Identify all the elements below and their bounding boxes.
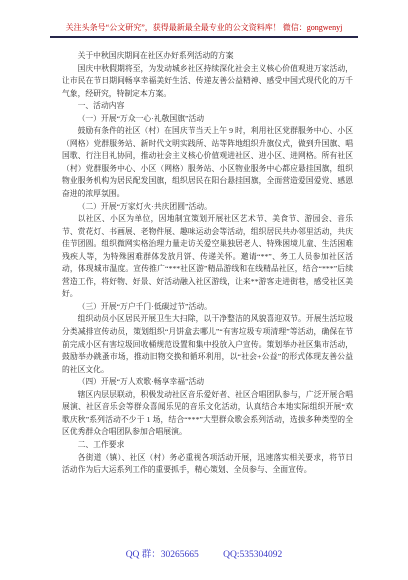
document-paragraph: （一）开展“万众一心·礼敬国旗”活动 (62, 113, 353, 126)
document-paragraph: 辖区内层层联动，积极发动社区音乐爱好者、社区合唱团队参与，广泛开展合唱展演、社区… (62, 389, 353, 439)
document-paragraph: 组织动员小区居民开展卫生大扫除，以干净整洁的风貌喜迎双节。开展生活垃圾分类减排宣… (62, 313, 353, 376)
page: { "colors": { "header-red": "#c00000", "… (0, 0, 408, 580)
document-paragraph: 各街道（镇）、社区（村）务必重视各项活动开展，迅速落实相关要求，将节日活动作为后… (62, 452, 353, 477)
qq-group-number: QQ 群：30265665 (126, 550, 199, 560)
qq-number: QQ:535304092 (223, 550, 282, 560)
document-paragraphs: 国庆中秋假期将至，为发动城乡社区持续深化社会主义核心价值观进万家活动，让市民在节… (62, 63, 353, 477)
document-paragraph: 以社区、小区为单位，因地制宜策划开展社区艺术节、美食节、游园会、音乐节、赏花灯、… (62, 213, 353, 301)
document-paragraph: 二、工作要求 (62, 439, 353, 452)
document-paragraph: （四）开展“万人欢歌·畅享幸福”活动 (62, 376, 353, 389)
document-paragraph: 国庆中秋假期将至，为发动城乡社区持续深化社会主义核心价值观进万家活动，让市民在节… (62, 63, 353, 101)
document-title: 关于中秋国庆期间在社区办好系列活动的方案 (62, 50, 353, 63)
document-paragraph: 鼓励有条件的社区（村）在国庆节当天上午 9 时，利用社区党群服务中心、小区（网格… (62, 125, 353, 200)
header-promo-banner: 关注头条号“公文研究”，获得最新最全最专业的公文资料库！ 微信：gongweny… (50, 22, 358, 38)
document-paragraph: 一、活动内容 (62, 100, 353, 113)
footer-contact-bar: QQ 群：30265665 QQ:535304092 (0, 548, 408, 562)
document-body: 关于中秋国庆期间在社区办好系列活动的方案 国庆中秋假期将至，为发动城乡社区持续深… (62, 50, 353, 477)
document-paragraph: （二）开展“万家灯火·共庆团圆”活动。 (62, 201, 353, 214)
header-promo-text: 关注头条号“公文研究”，获得最新最全最专业的公文资料库！ 微信：gongweny… (66, 23, 343, 32)
document-paragraph: （三）开展“万户千门·低碳过节”活动。 (62, 301, 353, 314)
